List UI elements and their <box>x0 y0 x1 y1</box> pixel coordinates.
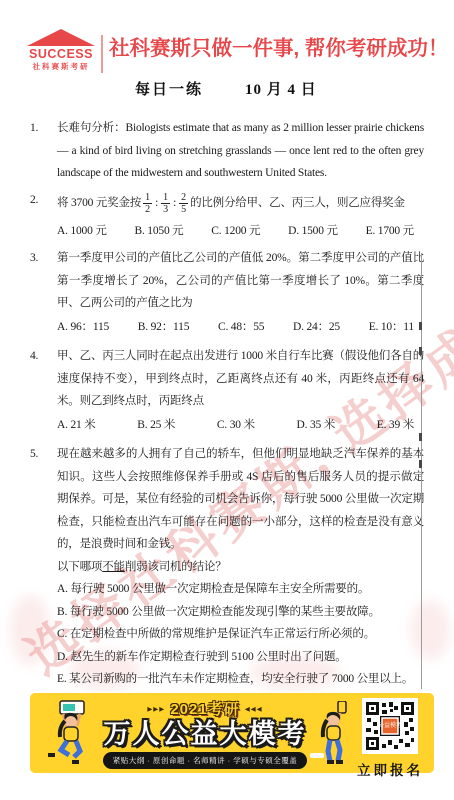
option: E. 10：11 <box>369 316 414 339</box>
banner-text-block: ▶▶▶ 2021考研 ◀◀◀ 万人公益大模考 紧贴大纲 · 原创命题 · 名师精… <box>94 698 316 769</box>
page-edge-artifact <box>419 460 422 468</box>
option: B. 25 米 <box>137 414 175 437</box>
question-5: 5. 现在越来越多的人拥有了自己的轿车，但他们明显地缺乏汽车保养的基本知识。这些… <box>30 443 424 691</box>
banner-feature-pill: 紧贴大纲 · 原创命题 · 名师精讲 · 学硕与专硕全覆盖 <box>103 752 308 769</box>
page-edge-artifact <box>419 347 422 355</box>
question-2: 2. 将 3700 元奖金按 12 : 13 : 25 的比例分给甲、乙、丙三人… <box>30 189 424 243</box>
signup-block: 公益模考 立即报名 <box>352 698 428 779</box>
option: D. 1500 元 <box>288 220 338 243</box>
sub-question: 以下哪项不能削弱该司机的结论？ <box>57 556 424 579</box>
page-edge-scan-line <box>421 253 422 689</box>
logo-subtitle: 社科赛斯考研 <box>24 61 98 72</box>
banner-title: 万人公益大模考 <box>94 719 316 749</box>
emphasized-word: 不能 <box>102 561 125 573</box>
banner-top-row: ▶▶▶ 2021考研 ◀◀◀ <box>94 698 316 719</box>
option: C. 30 米 <box>217 414 255 437</box>
question-text: 第一季度甲公司的产值比乙公司的产值低 20%。第二季度甲公司的产值比第一季度增长… <box>57 247 424 315</box>
question-number: 5. <box>30 443 57 691</box>
question-list: 1. 长难句分析：Biologists estimate that as man… <box>30 117 424 691</box>
question-1: 1. 长难句分析：Biologists estimate that as man… <box>30 117 424 185</box>
success-logo: SUCCESS 社科赛斯考研 <box>24 29 98 72</box>
option: B. 92：115 <box>138 316 189 339</box>
arrows-right-icon: ▶▶▶ <box>147 705 165 713</box>
option: A. 96：115 <box>57 316 109 339</box>
subheader: 每日一练 10 月 4 日 <box>135 78 317 99</box>
question-3: 3. 第一季度甲公司的产值比乙公司的产值低 20%。第二季度甲公司的产值比第一季… <box>30 247 424 338</box>
option: D. 24：25 <box>293 316 340 339</box>
fraction: 25 <box>179 192 188 216</box>
page-edge-artifact <box>419 322 422 330</box>
option: C. 48：55 <box>218 316 264 339</box>
option: D. 赵先生的新车作定期检查行驶到 5100 公里时出了问题。 <box>57 646 424 669</box>
fraction: 12 <box>143 192 152 216</box>
option: B. 每行驶 5000 公里做一次定期检查能发现引擎的某些主要故障。 <box>57 601 424 624</box>
option: A. 每行驶 5000 公里做一次定期检查是保障车主安全所需要的。 <box>57 578 424 601</box>
qr-code: 公益模考 <box>362 698 418 754</box>
question-4: 4. 甲、乙、丙三人同时在起点出发进行 1000 米自行车比赛（假设他们各自的速… <box>30 345 424 436</box>
option: E. 39 米 <box>377 414 414 437</box>
logo-brand-text: SUCCESS <box>24 47 98 61</box>
question-number: 4. <box>30 345 57 436</box>
question-text: 现在越来越多的人拥有了自己的轿车，但他们明显地缺乏汽车保养的基本知识。这些人会按… <box>57 443 424 556</box>
option: A. 1000 元 <box>57 220 107 243</box>
signup-cta-button[interactable]: 立即报名 <box>352 759 428 779</box>
practice-date: 10 月 4 日 <box>245 78 317 99</box>
question-text: 将 3700 元奖金按 12 : 13 : 25 的比例分给甲、乙、丙三人，则乙… <box>57 189 424 219</box>
question-text: 甲、乙、丙三人同时在起点出发进行 1000 米自行车比赛（假设他们各自的速度保持… <box>57 345 424 413</box>
option: C. 在定期检查中所做的常规维护是保证汽车正常运行所必须的。 <box>57 623 424 646</box>
arrows-left-icon: ◀◀◀ <box>245 705 263 713</box>
options-row: A. 21 米 B. 25 米 C. 30 米 D. 35 米 E. 39 米 <box>57 414 424 437</box>
option: A. 21 米 <box>57 414 96 437</box>
options-row: A. 1000 元 B. 1050 元 C. 1200 元 D. 1500 元 … <box>57 220 424 243</box>
mock-exam-ad-banner[interactable]: ▶▶▶ 2021考研 ◀◀◀ 万人公益大模考 紧贴大纲 · 原创命题 · 名师精… <box>30 693 434 773</box>
option: C. 1200 元 <box>211 220 260 243</box>
options-row: A. 96：115 B. 92：115 C. 48：55 D. 24：25 E.… <box>57 316 424 339</box>
question-number: 2. <box>30 189 57 243</box>
qr-center-label: 公益模考 <box>378 721 402 729</box>
scanned-exercise-sheet: { "header": { "logo_brand": "SUCCESS", "… <box>0 0 454 800</box>
daily-practice-title: 每日一练 <box>135 78 203 99</box>
roof-icon <box>27 29 95 46</box>
jumping-person-illustration <box>48 700 94 766</box>
question-text: 长难句分析：Biologists estimate that as many a… <box>57 117 424 185</box>
page-edge-artifact <box>419 433 422 441</box>
question-number: 3. <box>30 247 57 338</box>
header-slogan: 社科赛斯只做一件事, 帮你考研成功！ <box>109 37 449 62</box>
option: E. 1700 元 <box>366 220 414 243</box>
question-number: 1. <box>30 117 57 185</box>
fraction: 13 <box>161 192 170 216</box>
option: B. 1050 元 <box>134 220 183 243</box>
banner-year-label: 2021考研 <box>170 698 239 719</box>
option: D. 35 米 <box>297 414 336 437</box>
logo-divider <box>101 35 103 73</box>
option: E. 某公司新购的一批汽车未作定期检查，均安全行驶了 7000 公里以上。 <box>57 668 424 691</box>
motion-dash <box>310 753 324 758</box>
options-list: A. 每行驶 5000 公里做一次定期检查是保障车主安全所需要的。 B. 每行驶… <box>57 578 424 691</box>
